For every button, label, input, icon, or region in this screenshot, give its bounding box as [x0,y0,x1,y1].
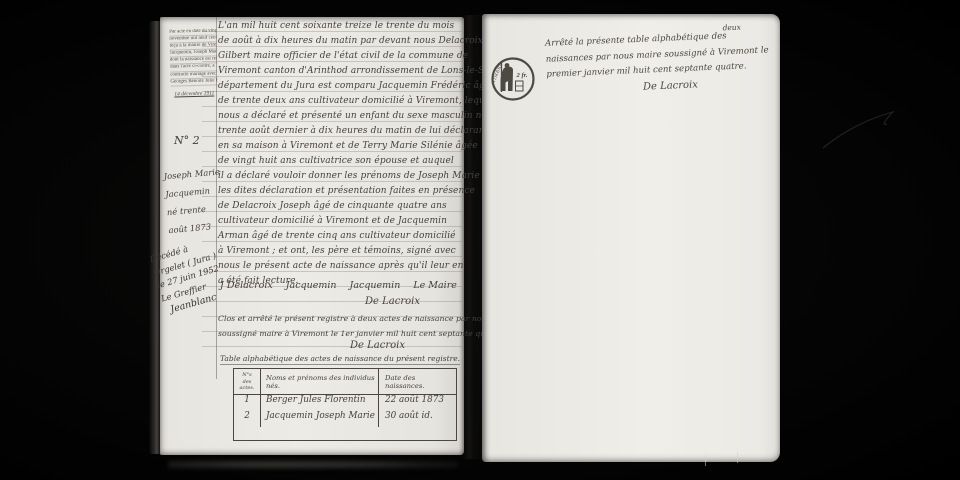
table-approval-note: deux Arrêté la présente table alphabétiq… [545,27,775,98]
act-line: les dites déclaration et présentation fa… [218,184,464,199]
table-header-row: N°sdesactes. Noms et prénoms des individ… [234,369,456,395]
act-line: cultivateur domicilié à Viremont et de J… [218,214,464,229]
closing-line: Clos et arrêté le présent registre à deu… [218,312,468,327]
act-line: L'an mil huit cent soixante treize le tr… [218,19,464,34]
act-line: de Delacroix Joseph âgé de cinquante qua… [218,199,464,214]
signature-name: Le Maire [413,280,457,291]
document-scan: Par acte en date du vingtnovembre mil ne… [0,0,960,480]
act-line: il a déclaré vouloir donner les prénoms … [218,169,464,184]
act-line: nous a déclaré et présenté un enfant du … [218,109,464,124]
act-line: trente août dernier à dix heures du mati… [218,124,464,139]
margin-name-note: Joseph MarieJacqueminné trenteaoût 1873 [163,163,221,239]
cell-birth-date: 22 août 1873 [378,395,456,411]
closing-signature: De Lacroix [350,340,405,351]
birth-act-text: L'an mil huit cent soixante treize le tr… [218,19,464,289]
act-line: de août à dix heures du matin par devant… [218,34,464,49]
marginal-marriage-mention: Par acte en date du vingtnovembre mil ne… [169,28,218,97]
act-line: de vingt huit ans cultivatrice son épous… [218,154,464,169]
signature-name: Jacquemin [286,280,337,291]
table-header-dates: Date des naissances. [378,369,456,394]
cell-act-number: 2 [234,411,260,427]
signature-row: J DelacroixJacqueminJacqueminLe Maire [220,280,458,291]
mention-line: Georges Benoîte Julie Élise [170,78,217,86]
act-line: Arman âgé de trente cinq ans cultivateur… [218,229,464,244]
act-line: de trente deux ans cultivateur domicilié… [218,94,464,109]
table-row: 1 Berger Jules Florentin 22 août 1873 [234,395,456,411]
table-header-names: Noms et prénoms des individus nés. [260,369,378,394]
act-number-label: N° 2 [174,134,200,147]
stamp-value: 2 fr. [516,72,528,79]
signature-name: Jacquemin [350,280,401,291]
act-line: département du Jura est comparu Jacquemi… [218,79,464,94]
mention-date: 14 décembre 1911 [171,90,218,97]
register-closing-block: Clos et arrêté le présent registre à deu… [218,312,468,341]
closing-line: soussigné maire à Viremont le 1er janvie… [218,327,468,342]
act-line: en sa maison à Viremont et de Terry Mari… [218,139,464,154]
scan-scratch-tick [705,455,706,466]
table-row: 2 Jacquemin Joseph Marie 30 août id. [234,411,456,427]
cell-birth-date: 30 août id. [378,411,456,427]
cell-name: Berger Jules Florentin [260,395,378,411]
act-line: nous le présent acte de naissance après … [218,259,464,274]
scan-scratch-tick [737,452,738,463]
book-page-edge [149,21,160,454]
table-body: 1 Berger Jules Florentin 22 août 1873 2 … [234,395,456,427]
cell-name: Jacquemin Joseph Marie [260,411,378,427]
act-line: à Viremont ; et ont, les père et témoins… [218,244,464,259]
scan-debris [168,458,458,471]
table-title: Table alphabétique des actes de naissanc… [220,354,460,365]
revenue-stamp-icon: TIMBRE 2 fr. [490,56,536,102]
cell-act-number: 1 [234,395,260,411]
scratch-mark [815,100,925,160]
inserted-word: deux [722,20,741,36]
right-register-page: TIMBRE 2 fr. deux Arrêté la présente tab… [482,14,780,462]
act-line: Viremont canton d'Arinthod arrondissemen… [218,64,464,79]
act-line: Gilbert maire officier de l'état civil d… [218,49,464,64]
signature-name: J Delacroix [220,280,273,291]
table-header-acts: N°sdesactes. [234,369,260,394]
left-register-page: Par acte en date du vingtnovembre mil ne… [160,17,464,455]
mayor-signature: De Lacroix [365,296,420,307]
alphabetical-table: N°sdesactes. Noms et prénoms des individ… [233,368,457,441]
